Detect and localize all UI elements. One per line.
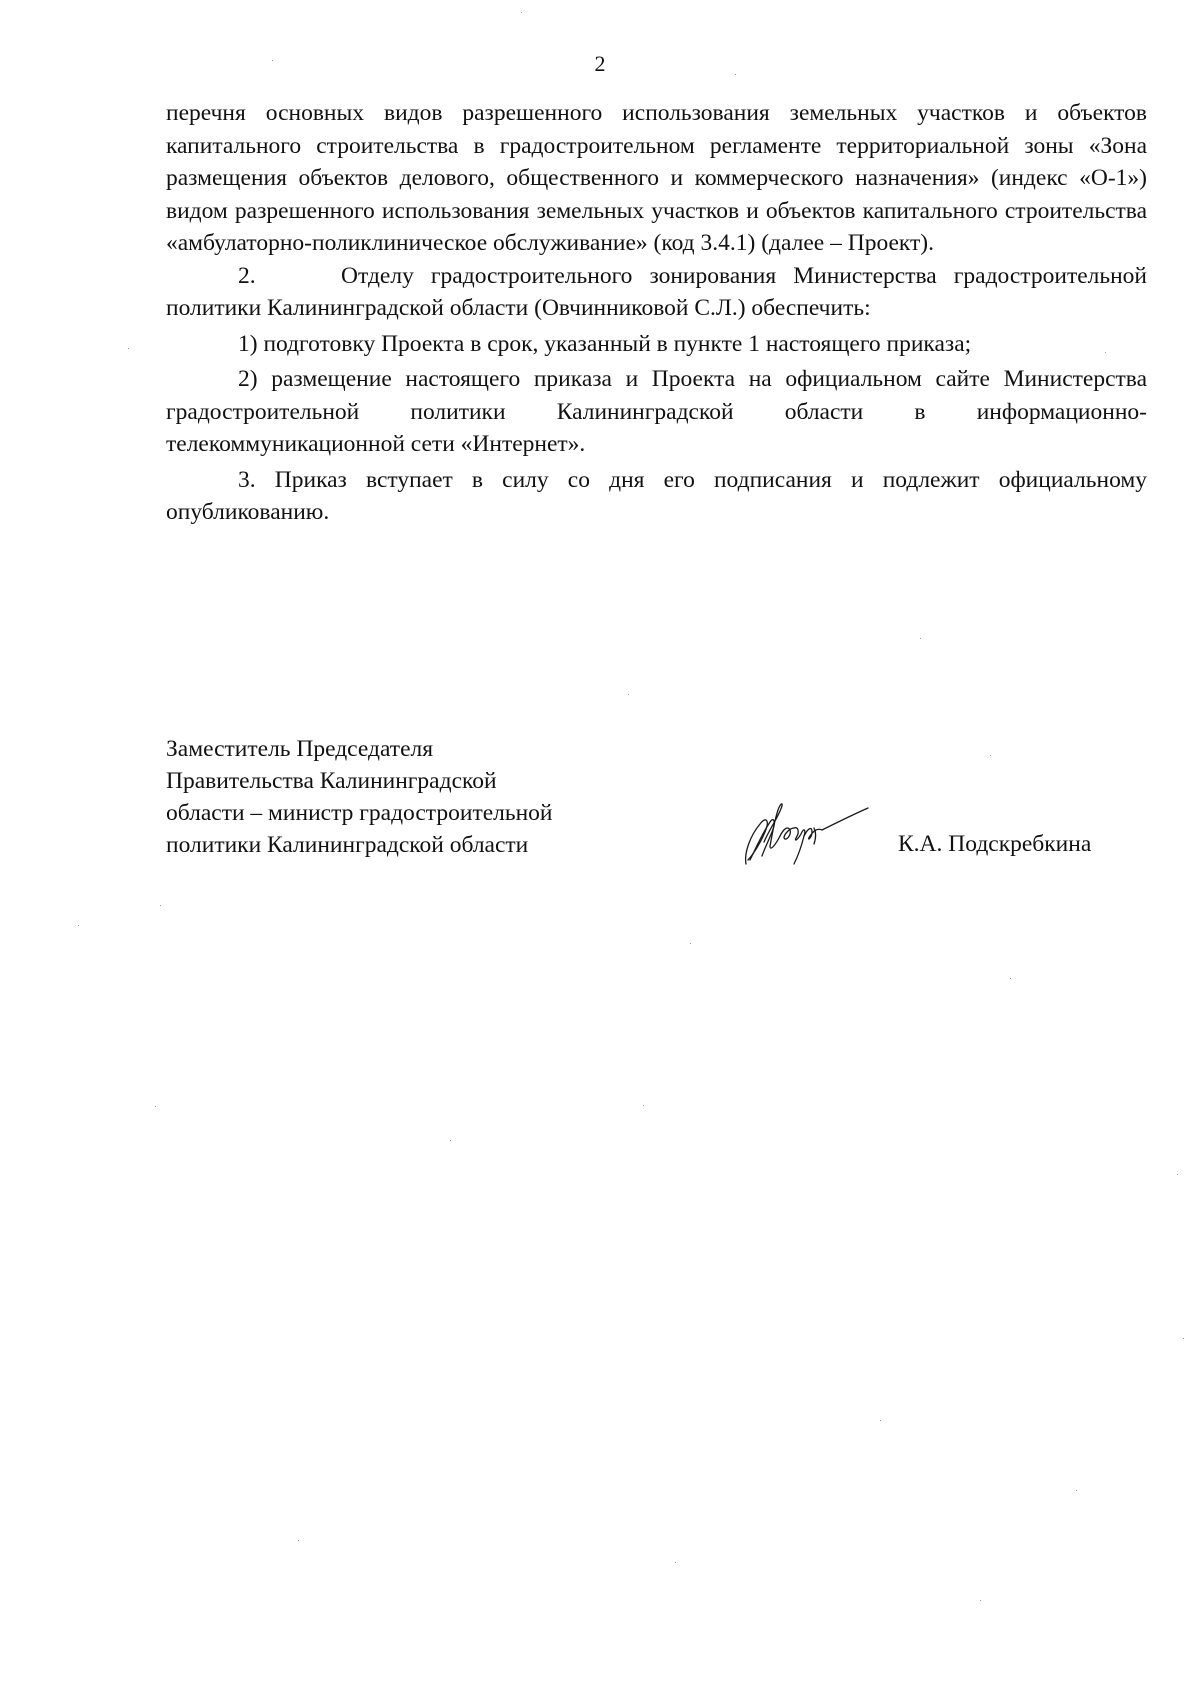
- page-number: 2: [0, 50, 1200, 78]
- position-line-1: Заместитель Председателя: [166, 733, 553, 765]
- paragraph-2-item-2: 2) размещение настоящего приказа и Проек…: [166, 363, 1147, 461]
- paragraph-1-continuation: перечня основных видов разрешенного испо…: [166, 97, 1147, 260]
- position-line-2: Правительства Калининградской: [166, 765, 553, 797]
- handwritten-signature-icon: [740, 798, 875, 870]
- position-line-4: политики Калининградской области: [166, 829, 553, 861]
- signer-name: К.А. Подскребкина: [898, 828, 1091, 860]
- paragraph-2-item-1: 1) подготовку Проекта в срок, указанный …: [166, 328, 1147, 361]
- paragraph-2: 2. Отделу градостроительного зонирования…: [166, 260, 1147, 325]
- document-body: перечня основных видов разрешенного испо…: [166, 97, 1147, 529]
- position-line-3: области – министр градостроительной: [166, 797, 553, 829]
- paragraph-3: 3. Приказ вступает в силу со дня его под…: [166, 464, 1147, 529]
- signatory-position: Заместитель Председателя Правительства К…: [166, 733, 553, 861]
